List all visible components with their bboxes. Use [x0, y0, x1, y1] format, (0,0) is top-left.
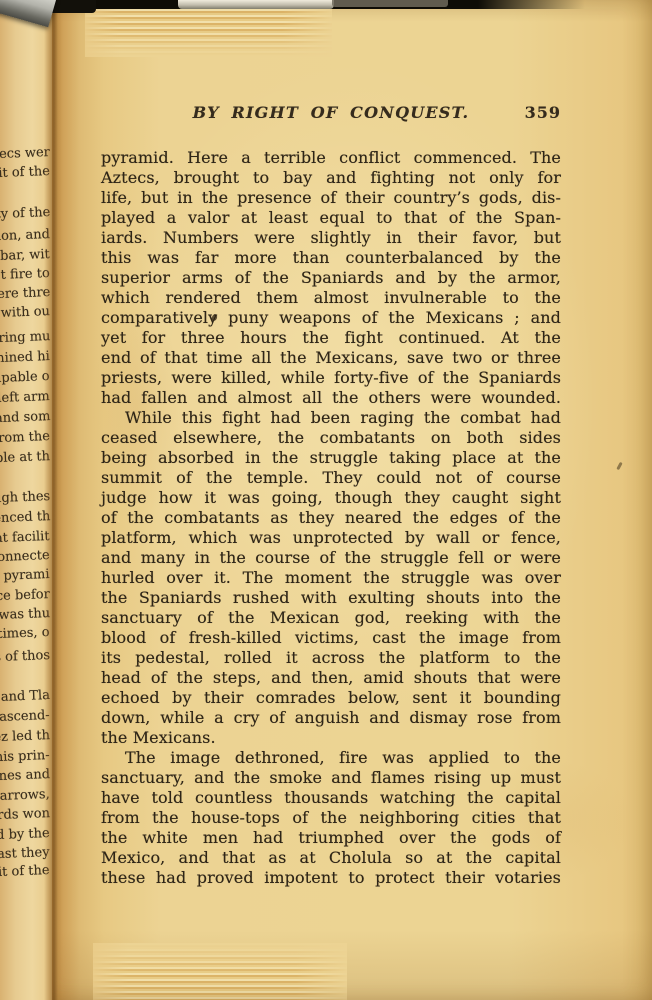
body-line: these had proved impotent to protect the…	[101, 868, 561, 888]
left-page-fragment: It was thu	[0, 607, 50, 624]
left-page-fragment: cobar, wit	[0, 248, 50, 264]
page-number: 359	[525, 102, 561, 124]
left-page-fragment: niards won	[0, 807, 50, 824]
body-line: being absorbed in the struggle taking pl…	[101, 448, 561, 468]
body-line: blood of fresh-killed victims, cast the …	[101, 628, 561, 648]
left-page-fragment: reat facilit	[0, 530, 50, 547]
body-line: from the house-tops of the neighboring c…	[101, 808, 561, 828]
flash-reflection-bar	[178, 0, 334, 9]
left-page-fragment: it of the	[0, 864, 50, 880]
left-page-fragment: his left arm	[0, 390, 50, 407]
left-page-fragment: rough thes	[0, 490, 50, 507]
body-line: sanctuary of the Mexican god, reeking wi…	[101, 608, 561, 628]
body-line: iards. Numbers were slightly in their fa…	[101, 228, 561, 248]
left-page-fragment: four times, o	[0, 626, 50, 643]
header-title: BY RIGHT OF CONQUEST.	[101, 102, 561, 124]
body-line: down, while a cry of anguish and dismay …	[101, 708, 561, 728]
page-gutter-crease	[44, 0, 62, 1000]
left-page-fragment: were thre	[0, 286, 50, 302]
left-page-fragment: fety of the	[0, 206, 50, 223]
left-page-fragment: by his prin-	[0, 749, 50, 766]
body-line: hurled over it. The moment the struggle …	[101, 568, 561, 588]
left-page-fragment: mit of the	[0, 165, 50, 181]
body-line: ceased elsewhere, the combatants on both…	[101, 428, 561, 448]
body-line: yet for three hours the fight continued.…	[101, 328, 561, 348]
left-page-fragment: s and Tla	[0, 689, 50, 705]
body-line: summit of the temple. They could not of …	[101, 468, 561, 488]
left-page-fragment: ssiles of thos	[0, 649, 50, 666]
body-line: judge how it was going, though they caug…	[101, 488, 561, 508]
left-page-fragment: osition, and	[0, 228, 50, 245]
body-line: the Spaniards rushed with exulting shout…	[101, 588, 561, 608]
left-page-fragment: of arrows,	[0, 788, 50, 805]
body-line: of the combatants as they neared the edg…	[101, 508, 561, 528]
body-line: the Mexicans.	[101, 728, 561, 748]
body-line: comparatively puny weapons of the Mexica…	[101, 308, 561, 328]
running-header: BY RIGHT OF CONQUEST. 359	[101, 102, 561, 124]
body-line: priests, were killed, while forty-five o…	[101, 368, 561, 388]
left-page-fragment: ncapable o	[0, 370, 50, 387]
left-page-fragment: rmined hi	[0, 350, 50, 366]
body-line: echoed by their comrades below, sent it …	[101, 688, 561, 708]
left-page-fragment: tives ascend-	[0, 709, 50, 726]
body-line: Mexico, and that as at Cholula so at the…	[101, 848, 561, 868]
left-page-fragment: ek with ou	[0, 305, 50, 322]
left-page-fragment: l set fire to	[0, 267, 50, 284]
left-page-fragment: emple at th	[0, 450, 50, 467]
left-page-fragment: fering mu	[0, 330, 50, 346]
left-page-fragment: stones and	[0, 768, 50, 785]
left-page-fragment: ztecs wer	[0, 146, 50, 162]
left-page-fragment: and som	[0, 410, 50, 426]
left-page-fragment: s, connecte	[0, 549, 50, 566]
left-page-fragment: rted by the	[0, 827, 50, 844]
body-line: and many in the course of the struggle f…	[101, 548, 561, 568]
left-page-fragment: the pyrami	[0, 568, 50, 585]
body-line: platform, which was unprotected by wall …	[101, 528, 561, 548]
body-line: this was far more than counterbalanced b…	[101, 248, 561, 268]
left-page-fragment: last they	[0, 846, 50, 862]
book-scan-photo: ztecs wermit of thefety of theosition, a…	[0, 0, 652, 1000]
body-line: end of that time all the Mexicans, save …	[101, 348, 561, 368]
left-page-fragment: errace befor	[0, 588, 50, 605]
body-line: which rendered them almost invulnerable …	[101, 288, 561, 308]
body-line: While this fight had been raging the com…	[101, 408, 561, 428]
body-line: played a valor at least equal to that of…	[101, 208, 561, 228]
print-artifact	[616, 462, 622, 470]
bottom-page-edges	[93, 943, 347, 1000]
top-page-edges	[85, 9, 332, 57]
body-line: superior arms of the Spaniards and by th…	[101, 268, 561, 288]
body-line: the white men had triumphed over the god…	[101, 828, 561, 848]
body-text: pyramid. Here a terrible conflict commen…	[101, 148, 561, 888]
body-line: its pedestal, rolled it across the platf…	[101, 648, 561, 668]
left-page-fragment: t from the	[0, 430, 50, 447]
body-line: sanctuary, and the smoke and flames risi…	[101, 768, 561, 788]
left-page-fragment: rtez led th	[0, 729, 50, 746]
body-line: had fallen and almost all the others wer…	[101, 388, 561, 408]
body-line: head of the steps, and then, amid shouts…	[101, 668, 561, 688]
body-line: The image dethroned, fire was applied to…	[101, 748, 561, 768]
body-line: have told countless thousands watching t…	[101, 788, 561, 808]
body-line: pyramid. Here a terrible conflict commen…	[101, 148, 561, 168]
left-page-fragment: menced th	[0, 510, 50, 527]
body-line: life, but in the presence of their count…	[101, 188, 561, 208]
body-line: Aztecs, brought to bay and fighting not …	[101, 168, 561, 188]
flash-reflection-bar-dim	[332, 0, 448, 7]
book-page: BY RIGHT OF CONQUEST. 359 pyramid. Here …	[52, 0, 652, 1000]
